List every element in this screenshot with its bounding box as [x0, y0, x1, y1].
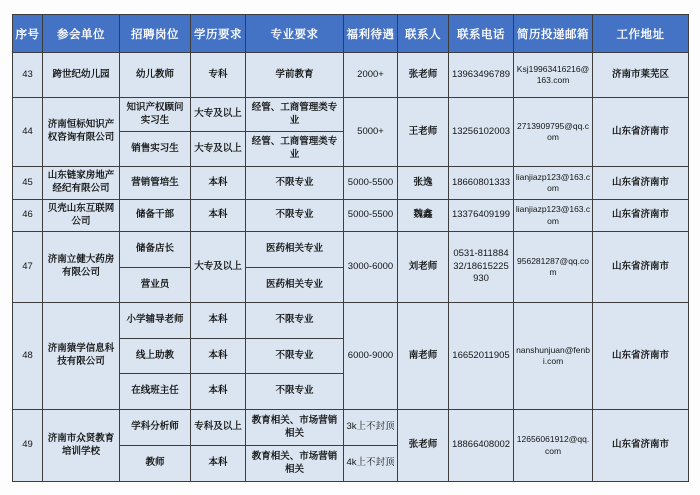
cell-seq: 48 — [13, 303, 43, 410]
cell-email: 12656061912@qq.com — [514, 410, 593, 482]
table-row: 49 济南市众贤教育培训学校 学科分析师 专科及以上 教育相关、市场营销相关 3… — [13, 410, 689, 446]
cell-major: 经管、工商管理类专业 — [246, 132, 344, 167]
cell-education: 专科及以上 — [191, 410, 246, 446]
header-row: 序号 参会单位 招聘岗位 学历要求 专业要求 福利待遇 联系人 联系电话 简历投… — [13, 15, 689, 53]
cell-phone: 13963496789 — [449, 53, 514, 98]
cell-major: 教育相关、市场营销相关 — [246, 410, 344, 446]
cell-contact: 刘老师 — [398, 232, 449, 303]
header-seq: 序号 — [13, 15, 43, 53]
cell-major: 经管、工商管理类专业 — [246, 98, 344, 132]
cell-address: 山东省济南市 — [593, 303, 689, 410]
cell-company: 济南恒标知识产权咨询有限公司 — [43, 98, 120, 167]
cell-email: lianjiazp123@163.com — [514, 200, 593, 232]
header-company: 参会单位 — [43, 15, 120, 53]
cell-seq: 43 — [13, 53, 43, 98]
cell-major: 不限专业 — [246, 339, 344, 374]
cell-salary: 6000-9000 — [344, 303, 398, 410]
cell-company: 山东链家房地产经纪有限公司 — [43, 167, 120, 200]
cell-position: 小学辅导老师 — [120, 303, 191, 339]
header-position: 招聘岗位 — [120, 15, 191, 53]
cell-email: Ksj19963416216@163.com — [514, 53, 593, 98]
cell-education: 专科 — [191, 53, 246, 98]
cell-position: 储备干部 — [120, 200, 191, 232]
cell-email: lianjiazp123@163.com — [514, 167, 593, 200]
cell-phone: 18660801333 — [449, 167, 514, 200]
cell-education: 本科 — [191, 339, 246, 374]
cell-education: 本科 — [191, 167, 246, 200]
cell-major: 医药相关专业 — [246, 232, 344, 268]
cell-position: 营业员 — [120, 268, 191, 303]
cell-company: 济南猿学信息科技有限公司 — [43, 303, 120, 410]
cell-salary: 5000+ — [344, 98, 398, 167]
cell-phone: 0531-81188432/18615225930 — [449, 232, 514, 303]
cell-address: 山东省济南市 — [593, 167, 689, 200]
cell-address: 济南市莱芜区 — [593, 53, 689, 98]
header-email: 简历投递邮箱 — [514, 15, 593, 53]
cell-phone: 13256102003 — [449, 98, 514, 167]
cell-major: 教育相关、市场营销相关 — [246, 446, 344, 482]
cell-address: 山东省济南市 — [593, 232, 689, 303]
table-row: 46 贝壳山东互联网公司 储备干部 本科 不限专业 5000-5500 魏鑫 1… — [13, 200, 689, 232]
cell-contact: 张老师 — [398, 53, 449, 98]
cell-salary: 5000-5500 — [344, 200, 398, 232]
table-row: 44 济南恒标知识产权咨询有限公司 知识产权顾问实习生 大专及以上 经管、工商管… — [13, 98, 689, 132]
cell-position: 教师 — [120, 446, 191, 482]
cell-major: 不限专业 — [246, 303, 344, 339]
cell-contact: 王老师 — [398, 98, 449, 167]
cell-phone: 13376409199 — [449, 200, 514, 232]
cell-position: 知识产权顾问实习生 — [120, 98, 191, 132]
cell-contact: 张老师 — [398, 410, 449, 482]
cell-contact: 南老师 — [398, 303, 449, 410]
cell-salary: 4k上不封顶 — [344, 446, 398, 482]
table-row: 45 山东链家房地产经纪有限公司 营销管培生 本科 不限专业 5000-5500… — [13, 167, 689, 200]
cell-education: 本科 — [191, 303, 246, 339]
cell-contact: 魏鑫 — [398, 200, 449, 232]
cell-education: 本科 — [191, 374, 246, 410]
cell-major: 不限专业 — [246, 167, 344, 200]
table-row: 43 跨世纪幼儿园 幼儿教师 专科 学前教育 2000+ 张老师 1396349… — [13, 53, 689, 98]
cell-address: 山东省济南市 — [593, 98, 689, 167]
cell-company: 济南市众贤教育培训学校 — [43, 410, 120, 482]
cell-position: 销售实习生 — [120, 132, 191, 167]
header-address: 工作地址 — [593, 15, 689, 53]
cell-contact: 张逸 — [398, 167, 449, 200]
header-contact: 联系人 — [398, 15, 449, 53]
cell-major: 学前教育 — [246, 53, 344, 98]
cell-address: 山东省济南市 — [593, 200, 689, 232]
cell-major: 医药相关专业 — [246, 268, 344, 303]
header-education: 学历要求 — [191, 15, 246, 53]
header-salary: 福利待遇 — [344, 15, 398, 53]
table-row: 47 济南立健大药房有限公司 储备店长 大专及以上 医药相关专业 3000-60… — [13, 232, 689, 268]
job-fair-table: 序号 参会单位 招聘岗位 学历要求 专业要求 福利待遇 联系人 联系电话 简历投… — [12, 14, 689, 482]
cell-position: 幼儿教师 — [120, 53, 191, 98]
cell-company: 济南立健大药房有限公司 — [43, 232, 120, 303]
table-row: 48 济南猿学信息科技有限公司 小学辅导老师 本科 不限专业 6000-9000… — [13, 303, 689, 339]
cell-email: 2713909795@qq.com — [514, 98, 593, 167]
cell-seq: 45 — [13, 167, 43, 200]
cell-education: 大专及以上 — [191, 232, 246, 303]
cell-education: 大专及以上 — [191, 98, 246, 132]
cell-company: 贝壳山东互联网公司 — [43, 200, 120, 232]
cell-seq: 49 — [13, 410, 43, 482]
cell-company: 跨世纪幼儿园 — [43, 53, 120, 98]
cell-email: 956281287@qq.com — [514, 232, 593, 303]
cell-salary: 3k上不封顶 — [344, 410, 398, 446]
cell-seq: 46 — [13, 200, 43, 232]
cell-salary: 5000-5500 — [344, 167, 398, 200]
cell-salary: 2000+ — [344, 53, 398, 98]
header-major: 专业要求 — [246, 15, 344, 53]
cell-education: 大专及以上 — [191, 132, 246, 167]
cell-education: 本科 — [191, 446, 246, 482]
cell-address: 山东省济南市 — [593, 410, 689, 482]
cell-education: 本科 — [191, 200, 246, 232]
cell-position: 储备店长 — [120, 232, 191, 268]
header-phone: 联系电话 — [449, 15, 514, 53]
cell-salary: 3000-6000 — [344, 232, 398, 303]
cell-major: 不限专业 — [246, 200, 344, 232]
cell-position: 线上助教 — [120, 339, 191, 374]
recruitment-table-page: 序号 参会单位 招聘岗位 学历要求 专业要求 福利待遇 联系人 联系电话 简历投… — [0, 0, 700, 495]
cell-seq: 47 — [13, 232, 43, 303]
cell-email: nanshunjuan@fenbi.com — [514, 303, 593, 410]
cell-major: 不限专业 — [246, 374, 344, 410]
cell-position: 营销管培生 — [120, 167, 191, 200]
cell-phone: 18866408002 — [449, 410, 514, 482]
cell-seq: 44 — [13, 98, 43, 167]
cell-position: 在线班主任 — [120, 374, 191, 410]
cell-position: 学科分析师 — [120, 410, 191, 446]
cell-phone: 16652011905 — [449, 303, 514, 410]
